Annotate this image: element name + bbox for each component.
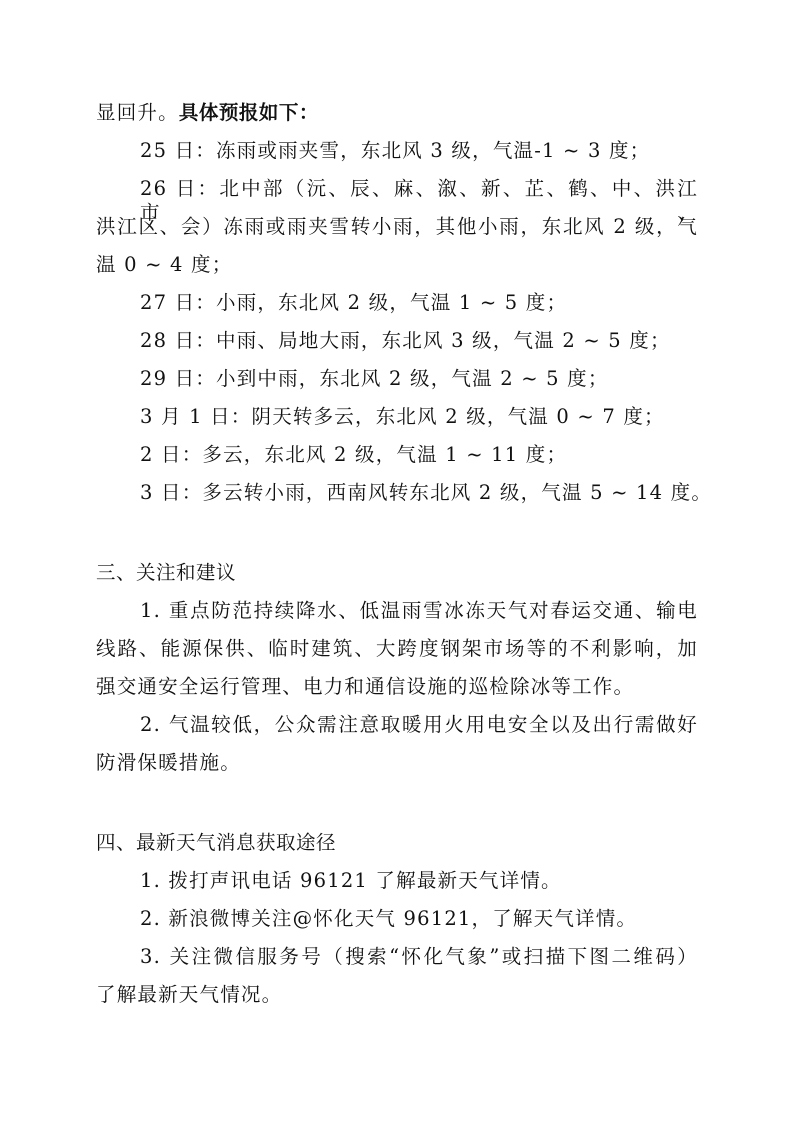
section-4-heading: 四、最新天气消息获取途径	[96, 831, 336, 855]
forecast-day-26-line-2: 洪江区、会）冻雨或雨夹雪转小雨，其他小雨，东北风 2 级，气	[96, 215, 698, 239]
section-3-item-1-line-3: 强交通安全运行管理、电力和通信设施的巡检除冰等工作。	[96, 675, 634, 699]
forecast-day-28: 28 日：中雨、局地大雨，东北风 3 级，气温 2 ~ 5 度；	[140, 329, 671, 353]
forecast-mar-2: 2 日：多云，东北风 2 级，气温 1 ~ 11 度；	[140, 443, 567, 467]
section-4-item-2: 2. 新浪微博关注@怀化天气 96121，了解天气详情。	[140, 907, 637, 931]
section-4-item-3-line-1: 3. 关注微信服务号（搜索“怀化气象”或扫描下图二维码）	[140, 945, 698, 969]
section-3-heading: 三、关注和建议	[96, 561, 236, 585]
intro-lead: 显回升。	[96, 101, 179, 124]
intro-line: 显回升。具体预报如下：	[96, 101, 319, 125]
intro-bold-label: 具体预报如下：	[179, 101, 319, 124]
forecast-day-29: 29 日：小到中雨，东北风 2 级，气温 2 ~ 5 度；	[140, 367, 609, 391]
forecast-mar-3: 3 日：多云转小雨，西南风转东北风 2 级，气温 5 ~ 14 度。	[140, 481, 712, 505]
forecast-mar-1: 3 月 1 日：阴天转多云，东北风 2 级，气温 0 ~ 7 度；	[140, 405, 665, 429]
section-3-item-1-line-2: 线路、能源保供、临时建筑、大跨度钢架市场等的不利影响，加	[96, 637, 698, 661]
section-4-item-3-line-2: 了解最新天气情况。	[96, 983, 282, 1007]
forecast-day-25: 25 日：冻雨或雨夹雪，东北风 3 级，气温-1 ~ 3 度；	[140, 139, 650, 163]
forecast-day-27: 27 日：小雨，东北风 2 级，气温 1 ~ 5 度；	[140, 291, 567, 315]
section-4-item-1: 1. 拨打声讯电话 96121 了解最新天气详情。	[140, 869, 562, 893]
section-3-item-2-line-1: 2. 气温较低，公众需注意取暖用火用电安全以及出行需做好	[140, 713, 698, 737]
forecast-day-26-line-3: 温 0 ~ 4 度；	[96, 253, 232, 277]
section-3-item-2-line-2: 防滑保暖措施。	[96, 751, 241, 775]
section-3-item-1-line-1: 1. 重点防范持续降水、低温雨雪冰冻天气对春运交通、输电	[140, 599, 698, 623]
